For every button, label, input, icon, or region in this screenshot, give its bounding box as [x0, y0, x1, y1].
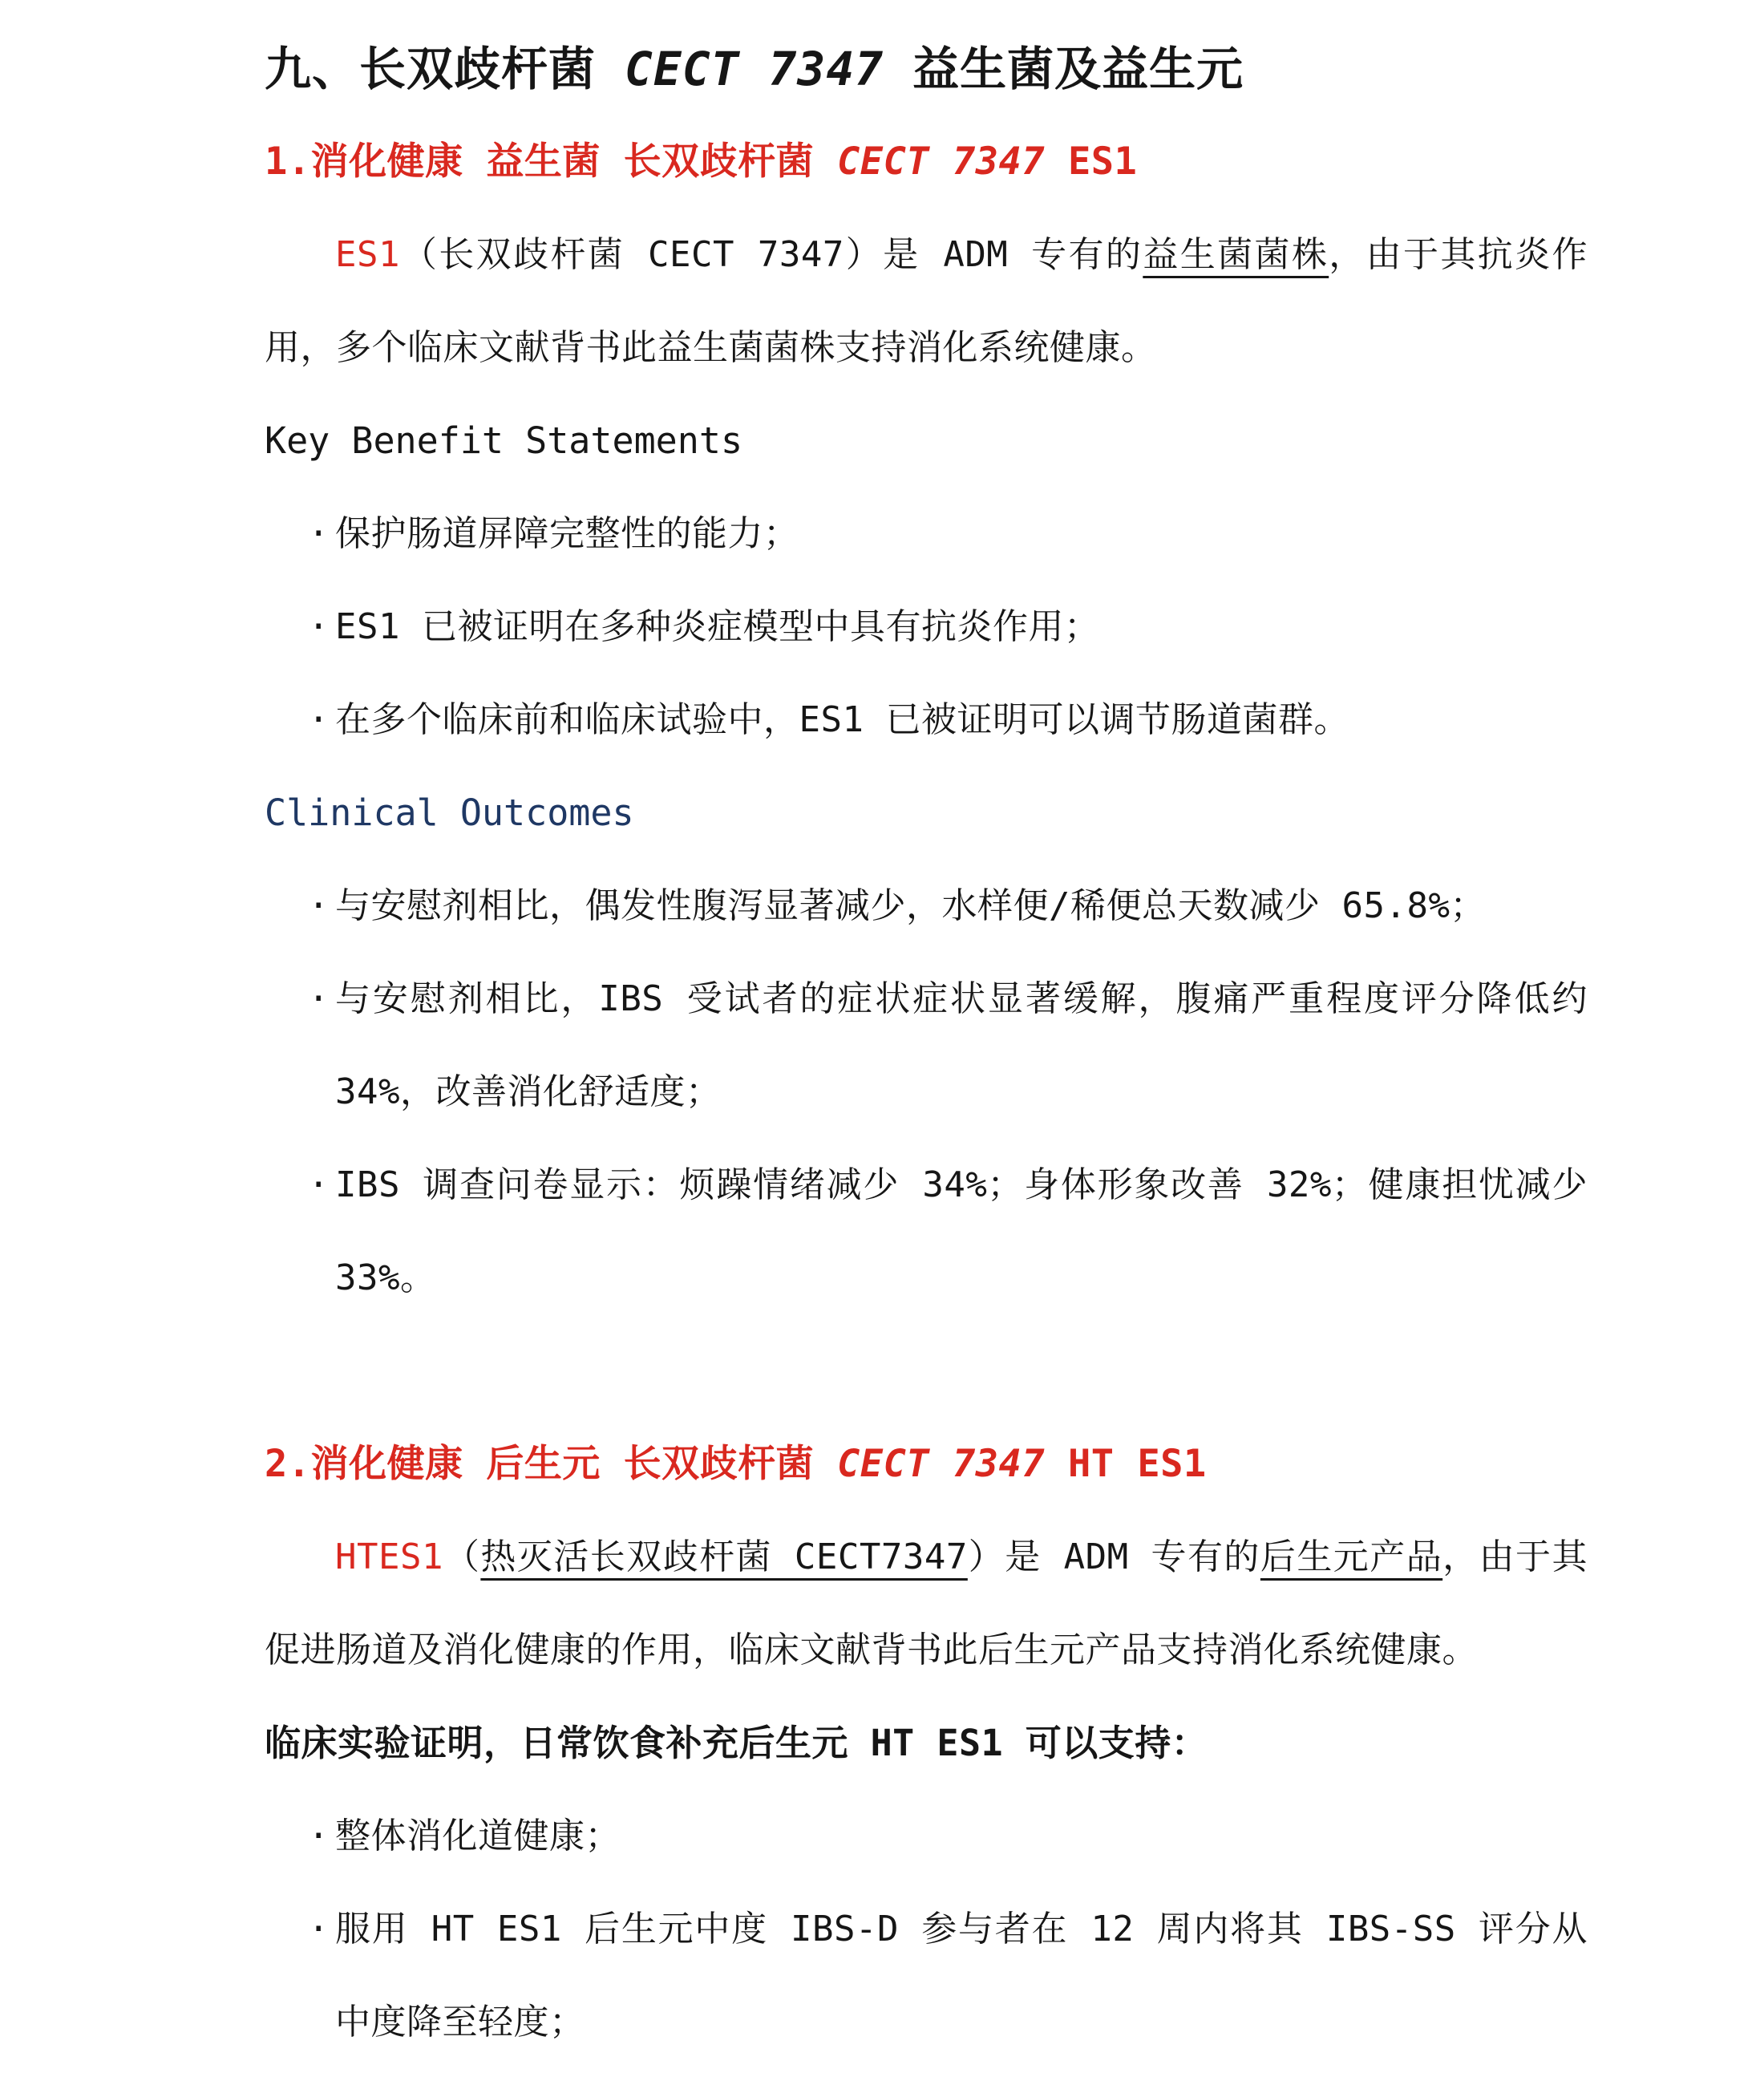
benefits-heading: Key Benefit Statements: [265, 395, 1588, 488]
benefit-item-2: ·ES1 已被证明在多种炎症模型中具有抗炎作用；: [265, 581, 1588, 674]
section1-heading-strain-code: CECT 7347: [837, 140, 1045, 184]
postbiotic-product-underlined: 后生元产品: [1260, 1536, 1442, 1577]
bullet-icon: ·: [308, 581, 330, 674]
document-page: 九、长双歧杆菌 CECT 7347 益生菌及益生元 1.消化健康 益生菌 长双歧…: [0, 0, 1764, 2085]
outcome-item-3-text: IBS 调查问卷显示：烦躁情绪减少 34%；身体形象改善 32%；健康担忧减少 …: [335, 1164, 1588, 1298]
bullet-icon: ·: [308, 674, 330, 767]
section2-heading-strain-code: CECT 7347: [837, 1442, 1045, 1486]
section2-heading-part1: 2.消化健康 后生元 长双歧杆菌: [265, 1442, 837, 1486]
bullet-icon: ·: [308, 860, 330, 953]
outcome-item-2-text: 与安慰剂相比，IBS 受试者的症状症状显著缓解，腹痛严重程度评分降低约 34%，…: [335, 978, 1588, 1112]
benefit-item-2-text: ES1 已被证明在多种炎症模型中具有抗炎作用；: [335, 606, 1099, 647]
outcome-item-1-text: 与安慰剂相比，偶发性腹泻显著减少，水样便/稀便总天数减少 65.8%；: [335, 885, 1486, 926]
bullet-icon: ·: [308, 1790, 330, 1883]
doc-title-strain-code: CECT 7347: [625, 42, 884, 96]
section1-intro-paragraph: ES1（长双歧杆菌 CECT 7347）是 ADM 专有的益生菌菌株，由于其抗炎…: [265, 208, 1588, 395]
support-item-2-text: 服用 HT ES1 后生元中度 IBS-D 参与者在 12 周内将其 IBS-S…: [335, 1909, 1588, 2042]
outcomes-heading: Clinical Outcomes: [265, 767, 1588, 860]
section1-heading: 1.消化健康 益生菌 长双歧杆菌 CECT 7347 ES1: [265, 115, 1588, 208]
bullet-icon: ·: [308, 1883, 330, 1976]
section1-intro-seg1: （长双歧杆菌 CECT 7347）是 ADM 专有的: [400, 234, 1143, 275]
benefit-item-3-text: 在多个临床前和临床试验中，ES1 已被证明可以调节肠道菌群。: [335, 699, 1349, 740]
support-item-1: ·整体消化道健康；: [265, 1790, 1588, 1883]
probiotic-strain-underlined: 益生菌菌株: [1143, 234, 1329, 275]
doc-title-part1: 九、长双歧杆菌: [265, 42, 625, 96]
section2-intro-paragraph: HTES1（热灭活长双歧杆菌 CECT7347）是 ADM 专有的后生元产品，由…: [265, 1511, 1588, 1697]
support-item-2: ·服用 HT ES1 后生元中度 IBS-D 参与者在 12 周内将其 IBS-…: [265, 1883, 1588, 2069]
heat-treated-strain-underlined: 热灭活长双歧杆菌 CECT7347: [480, 1536, 967, 1577]
bullet-icon: ·: [308, 953, 330, 1046]
section2-intro-open: （: [443, 1536, 480, 1577]
section1-heading-part1: 1.消化健康 益生菌 长双歧杆菌: [265, 140, 837, 184]
section1-heading-part2: ES1: [1045, 140, 1137, 184]
htes1-lead-label: HTES1: [335, 1536, 443, 1577]
clinical-claim-heading: 临床实验证明，日常饮食补充后生元 HT ES1 可以支持：: [265, 1697, 1588, 1790]
benefit-item-3: ·在多个临床前和临床试验中，ES1 已被证明可以调节肠道菌群。: [265, 674, 1588, 767]
section2-heading: 2.消化健康 后生元 长双歧杆菌 CECT 7347 HT ES1: [265, 1418, 1588, 1511]
section2-intro-close: ）是 ADM 专有的: [968, 1536, 1260, 1577]
outcome-item-3: ·IBS 调查问卷显示：烦躁情绪减少 34%；身体形象改善 32%；健康担忧减少…: [265, 1139, 1588, 1325]
bullet-icon: ·: [308, 488, 330, 581]
section2-heading-part2: HT ES1: [1045, 1442, 1207, 1486]
support-item-1-text: 整体消化道健康；: [335, 1816, 621, 1856]
es1-lead-label: ES1: [335, 234, 400, 275]
bullet-icon: ·: [308, 1139, 330, 1232]
doc-title: 九、长双歧杆菌 CECT 7347 益生菌及益生元: [265, 22, 1588, 115]
doc-title-part2: 益生菌及益生元: [884, 42, 1244, 96]
outcome-item-2: ·与安慰剂相比，IBS 受试者的症状症状显著缓解，腹痛严重程度评分降低约 34%…: [265, 953, 1588, 1139]
outcome-item-1: ·与安慰剂相比，偶发性腹泻显著减少，水样便/稀便总天数减少 65.8%；: [265, 860, 1588, 953]
benefit-item-1: ·保护肠道屏障完整性的能力；: [265, 488, 1588, 581]
benefit-item-1-text: 保护肠道屏障完整性的能力；: [335, 513, 799, 554]
